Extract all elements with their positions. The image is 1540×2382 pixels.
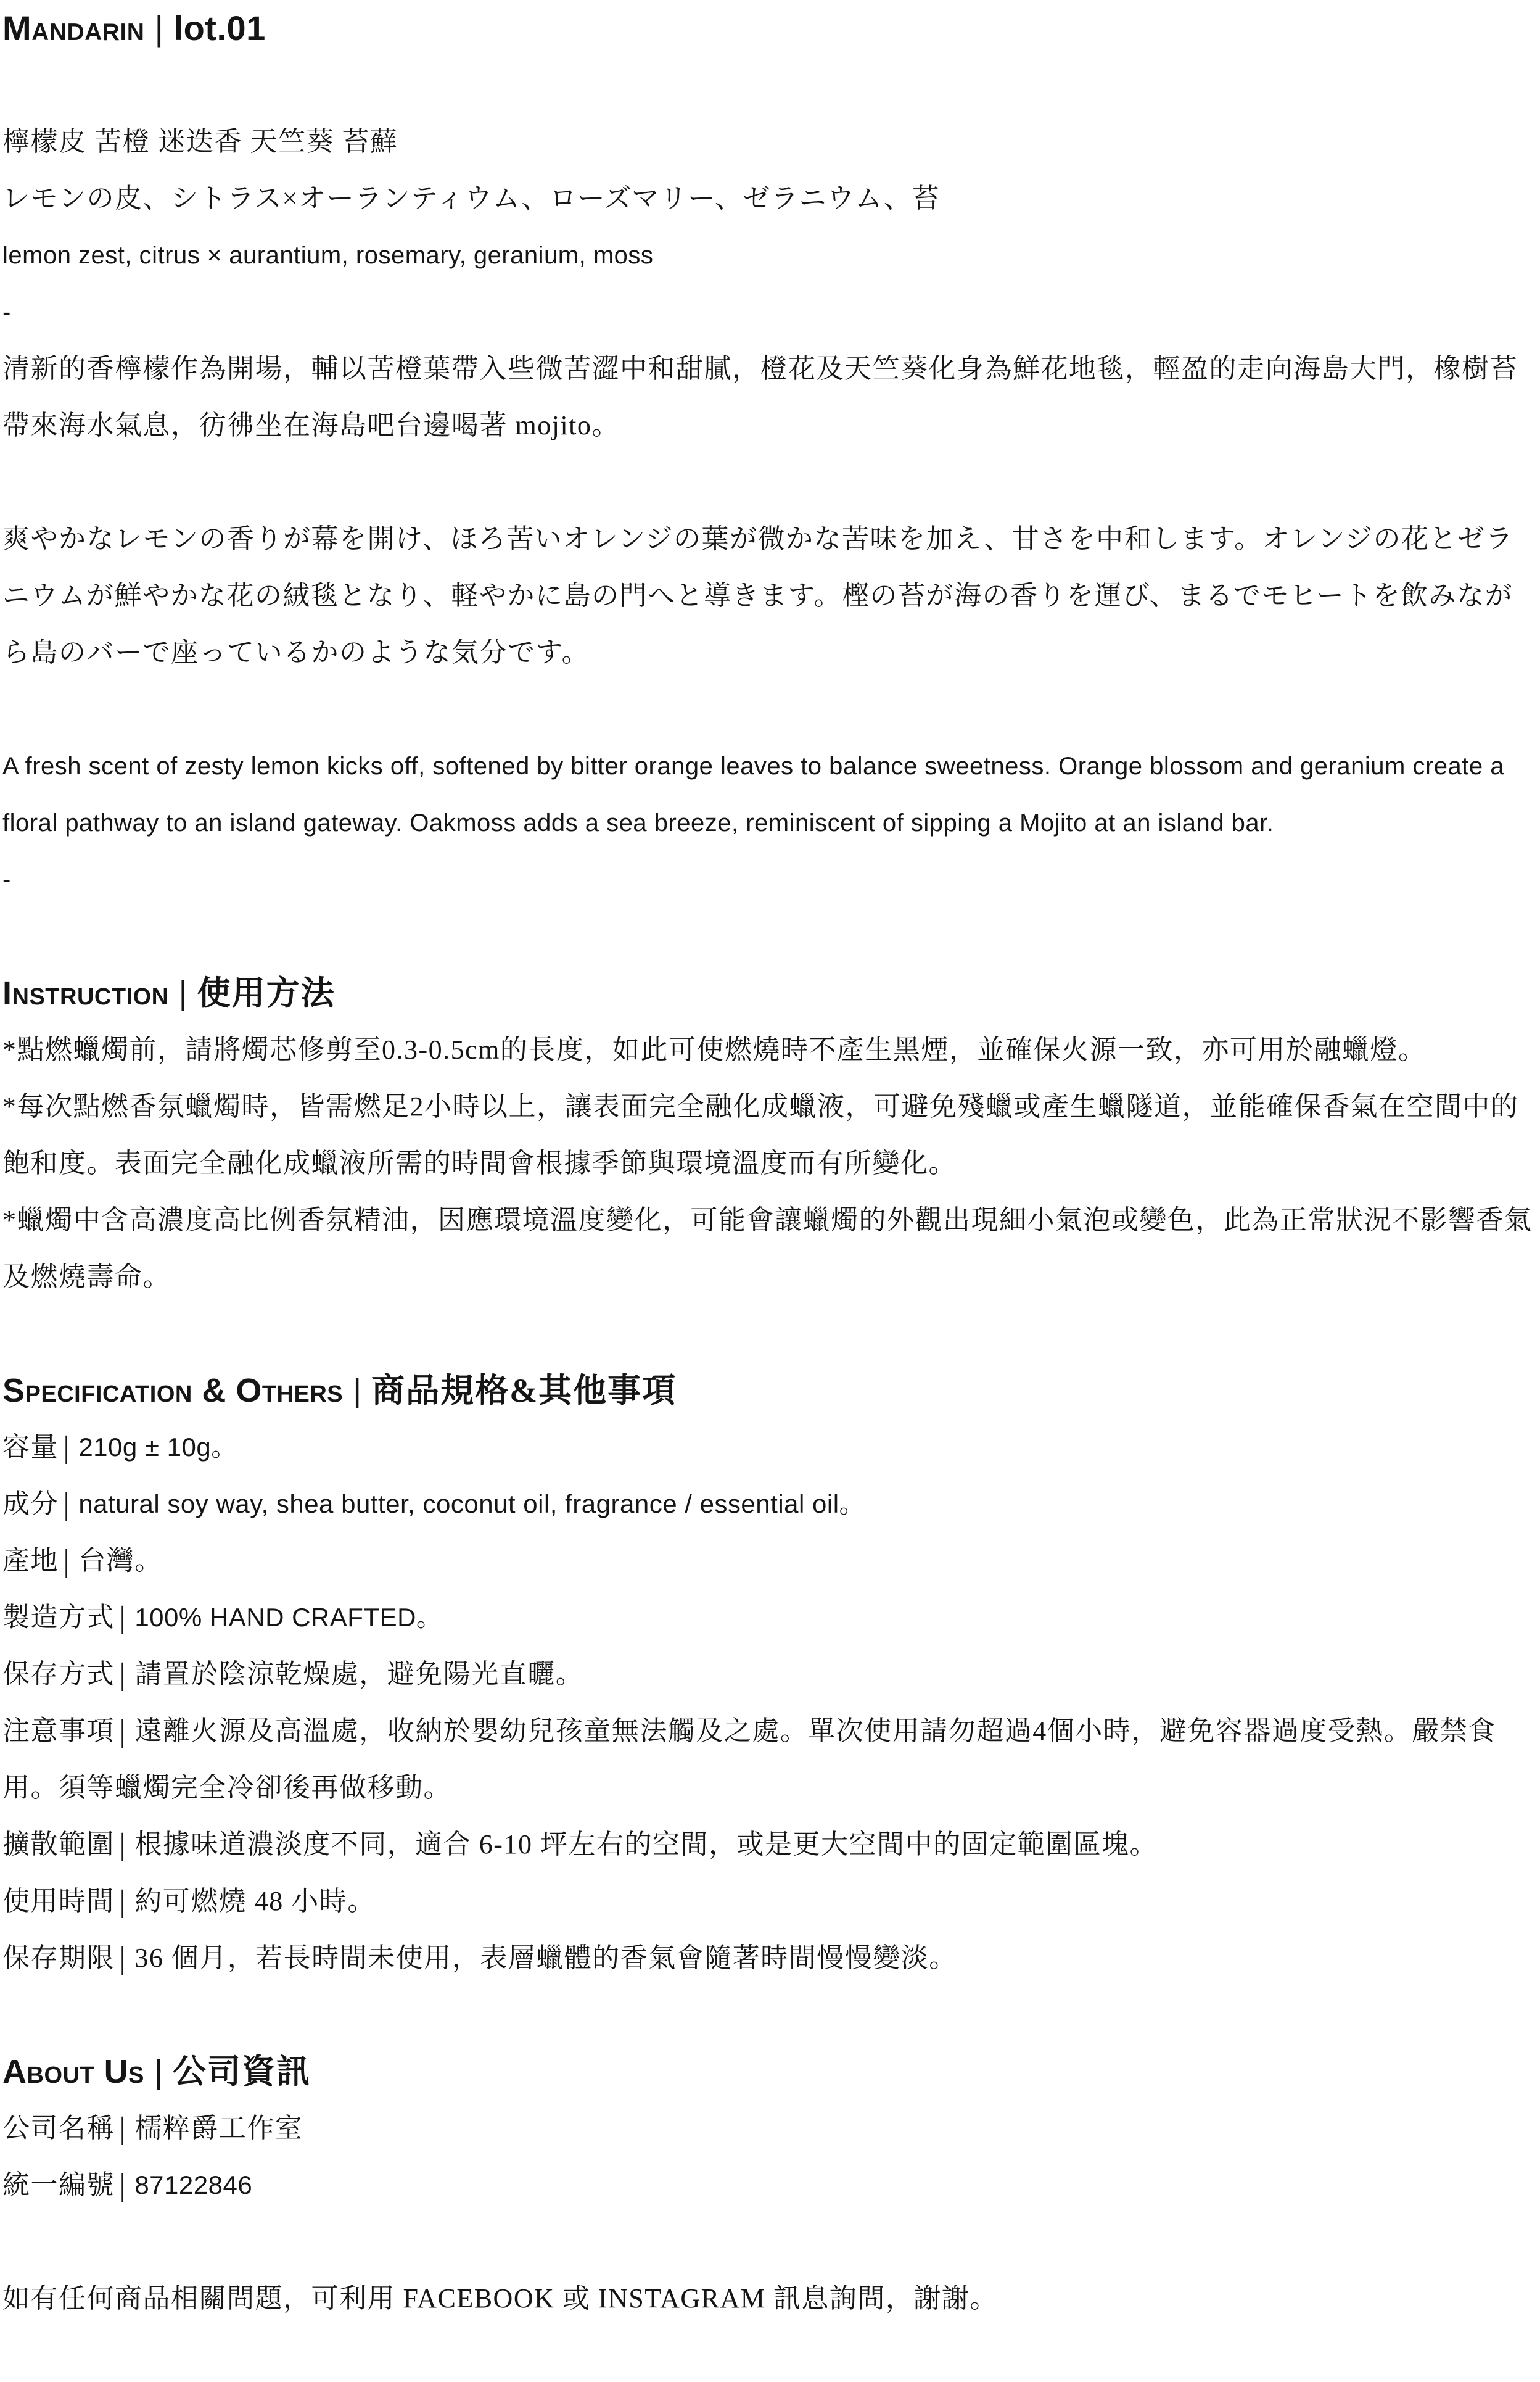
spec-label: 產地 [2, 1545, 59, 1576]
about-label: 公司名稱 [2, 2113, 115, 2143]
spec-row-burn-time: 使用時間|約可燃燒 48 小時。 [2, 1873, 1540, 1930]
title-pipe-separator: | [154, 9, 163, 48]
pipe-separator: | [120, 1698, 126, 1764]
specification-heading-en: Specification & Others [2, 1372, 343, 1409]
product-title: Mandarin|lot.01 [2, 0, 1540, 57]
spec-label: 使用時間 [2, 1886, 115, 1916]
about-row-tax-id: 統一編號|87122846 [2, 2157, 1540, 2214]
pipe-separator: | [120, 2152, 126, 2218]
spec-row-caution: 注意事項|遠離火源及高溫處，收納於嬰幼兒孩童無法觸及之處。單次使用請勿超過4個小… [2, 1703, 1540, 1816]
divider-dash-2: - [2, 851, 1540, 908]
spec-label: 擴散範圍 [2, 1829, 115, 1859]
heading-pipe-separator: | [154, 2053, 163, 2090]
pipe-separator: | [64, 1528, 70, 1594]
pipe-separator: | [120, 1812, 126, 1877]
spec-label: 保存方式 [2, 1659, 115, 1689]
pipe-separator: | [120, 1869, 126, 1934]
instruction-bullet-1: *點燃蠟燭前，請將燭芯修剪至0.3-0.5cm的長度，如此可使燃燒時不產生黑煙，… [2, 1022, 1540, 1078]
spec-row-ingredients: 成分|natural soy way, shea butter, coconut… [2, 1476, 1540, 1532]
spec-value: 36 個月，若長時間未使用，表層蠟體的香氣會隨著時間慢慢變淡。 [134, 1943, 957, 1973]
pipe-separator: | [64, 1471, 70, 1537]
pipe-separator: | [120, 1642, 126, 1707]
spec-label: 注意事項 [2, 1716, 115, 1746]
spec-row-origin: 產地|台灣。 [2, 1532, 1540, 1589]
product-title-name: Mandarin [2, 9, 144, 48]
description-zh: 清新的香檸檬作為開場，輔以苦橙葉帶入些微苦澀中和甜膩，橙花及天竺葵化身為鮮花地毯… [2, 341, 1540, 454]
spec-value: 根據味道濃淡度不同，適合 6-10 坪左右的空間，或是更大空間中的固定範圍區塊。 [134, 1829, 1158, 1859]
instruction-bullet-2: *每次點燃香氛蠟燭時，皆需燃足2小時以上，讓表面完全融化成蠟液，可避免殘蠟或產生… [2, 1078, 1540, 1192]
contact-note: 如有任何商品相關問題，可利用 FACEBOOK 或 INSTAGRAM 訊息詢問… [2, 2270, 1540, 2327]
divider-dash-1: - [2, 284, 1540, 341]
scent-notes-ja: レモンの皮、シトラス×オーランティウム、ローズマリー、ゼラニウム、苔 [2, 170, 1540, 227]
spec-value: 台灣。 [78, 1545, 163, 1576]
heading-pipe-separator: | [353, 1372, 361, 1409]
about-value: 87122846 [134, 2170, 252, 2199]
product-title-lot: lot.01 [174, 9, 266, 48]
spec-value: 遠離火源及高溫處，收納於嬰幼兒孩童無法觸及之處。單次使用請勿超過4個小時，避免容… [2, 1716, 1496, 1803]
about-row-company-name: 公司名稱|檽粹爵工作室 [2, 2100, 1540, 2157]
pipe-separator: | [120, 2096, 126, 2161]
spec-value: 210g ± 10g。 [78, 1433, 237, 1462]
spec-value: natural soy way, shea butter, coconut oi… [78, 1489, 865, 1518]
spec-row-storage: 保存方式|請置於陰涼乾燥處，避免陽光直曬。 [2, 1646, 1540, 1703]
spec-label: 成分 [2, 1489, 59, 1519]
instruction-heading-en: Instruction [2, 975, 169, 1012]
spec-label: 製造方式 [2, 1602, 115, 1632]
about-value: 檽粹爵工作室 [134, 2113, 303, 2143]
about-heading: About Us|公司資訊 [2, 2043, 1540, 2100]
pipe-separator: | [120, 1925, 126, 1991]
about-heading-en: About Us [2, 2053, 144, 2090]
spec-row-capacity: 容量|210g ± 10g。 [2, 1419, 1540, 1476]
spec-row-production: 製造方式|100% HAND CRAFTED。 [2, 1589, 1540, 1646]
specification-heading: Specification & Others|商品規格&其他事項 [2, 1362, 1540, 1419]
specification-heading-zh: 商品規格&其他事項 [371, 1372, 677, 1409]
spec-value: 約可燃燒 48 小時。 [134, 1886, 376, 1916]
description-en: A fresh scent of zesty lemon kicks off, … [2, 738, 1540, 851]
heading-pipe-separator: | [179, 975, 187, 1012]
scent-notes-zh: 檸檬皮 苦橙 迷迭香 天竺葵 苔蘚 [2, 114, 1540, 170]
about-label: 統一編號 [2, 2170, 115, 2200]
pipe-separator: | [64, 1415, 70, 1480]
about-heading-zh: 公司資訊 [173, 2053, 311, 2090]
product-detail-page: Mandarin|lot.01 檸檬皮 苦橙 迷迭香 天竺葵 苔蘚 レモンの皮、… [0, 0, 1540, 2382]
scent-notes-en: lemon zest, citrus × aurantium, rosemary… [2, 227, 1540, 284]
spec-row-shelf-life: 保存期限|36 個月，若長時間未使用，表層蠟體的香氣會隨著時間慢慢變淡。 [2, 1930, 1540, 1987]
instruction-bullet-3: *蠟燭中含高濃度高比例香氛精油，因應環境溫度變化，可能會讓蠟燭的外觀出現細小氣泡… [2, 1192, 1540, 1305]
spec-value: 請置於陰涼乾燥處，避免陽光直曬。 [134, 1659, 583, 1689]
spec-row-diffusion-range: 擴散範圍|根據味道濃淡度不同，適合 6-10 坪左右的空間，或是更大空間中的固定… [2, 1816, 1540, 1873]
instruction-heading-zh: 使用方法 [197, 975, 336, 1012]
spec-label: 保存期限 [2, 1943, 115, 1973]
spec-value: 100% HAND CRAFTED。 [134, 1603, 442, 1632]
spec-label: 容量 [2, 1432, 59, 1462]
instruction-heading: Instruction|使用方法 [2, 965, 1540, 1022]
description-ja: 爽やかなレモンの香りが幕を開け、ほろ苦いオレンジの葉が微かな苦味を加え、甘さを中… [2, 511, 1540, 681]
pipe-separator: | [120, 1585, 126, 1650]
